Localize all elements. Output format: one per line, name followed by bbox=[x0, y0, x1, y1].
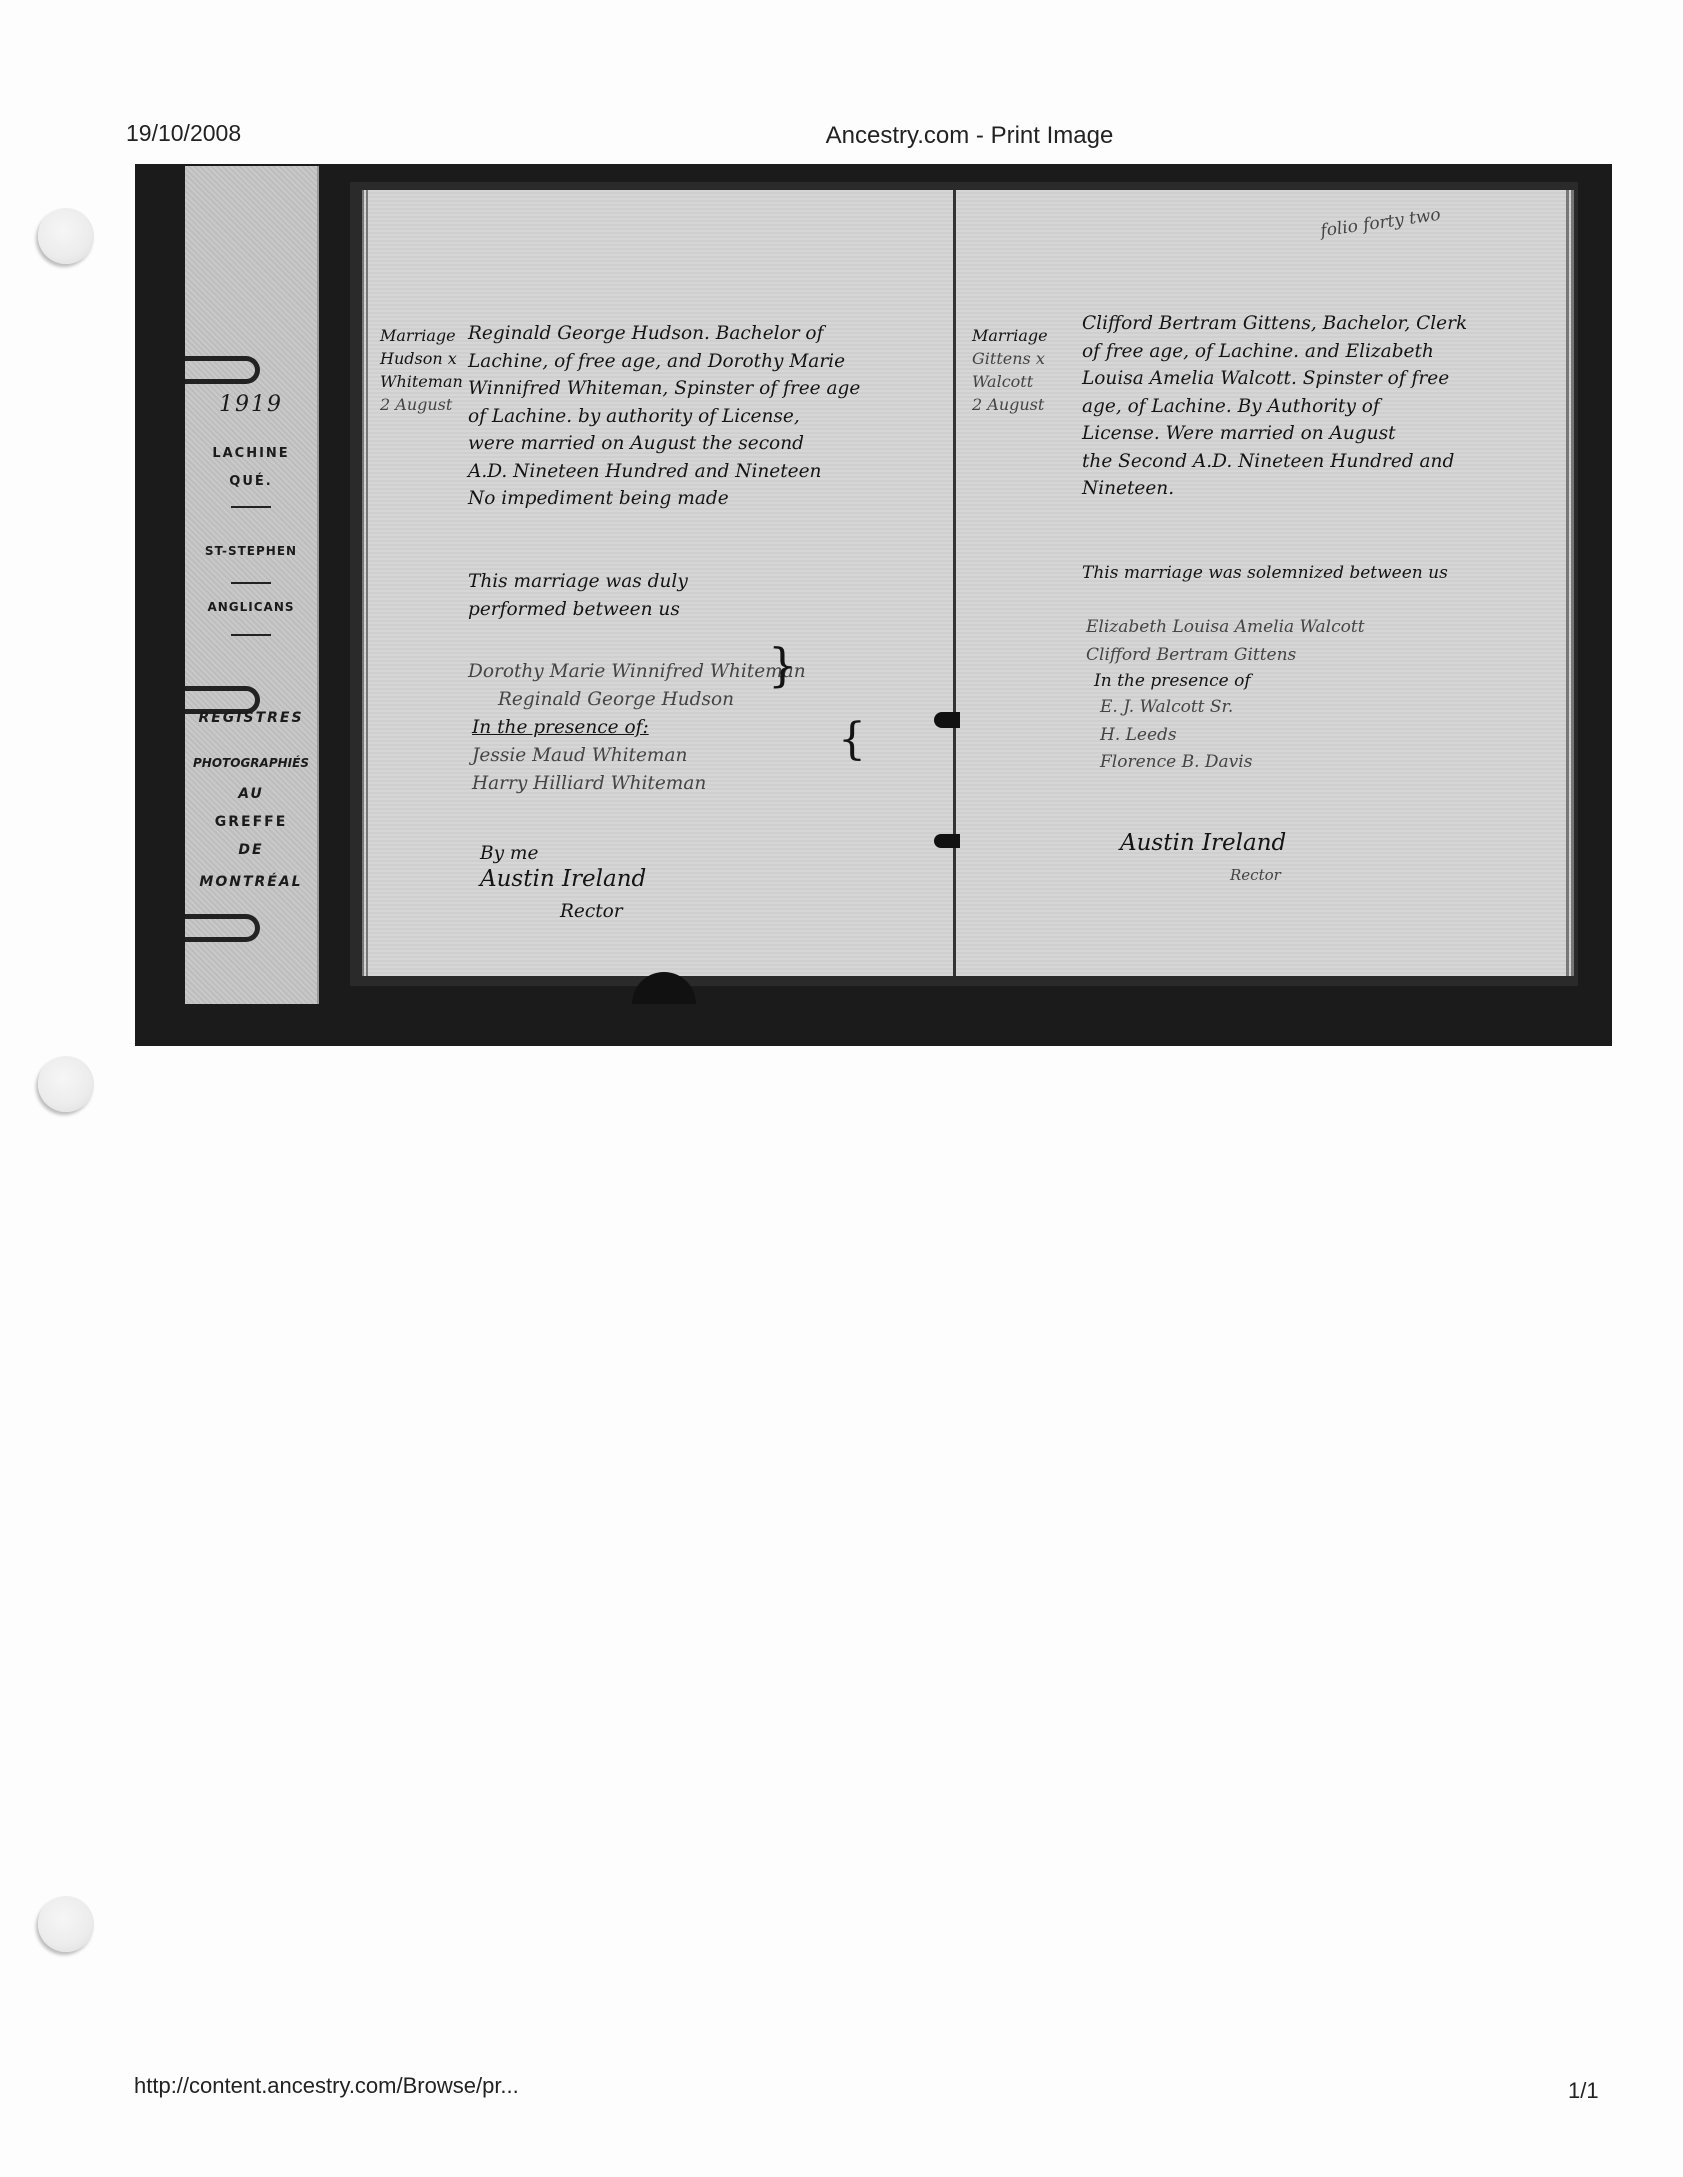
spine-photographed: PHOTOGRAPHIÉS bbox=[185, 756, 317, 770]
right-presence-label: In the presence of bbox=[1094, 668, 1251, 696]
spine-parish: ST-STEPHEN bbox=[185, 544, 317, 558]
right-witnesses: E. J. Walcott Sr. H. Leeds Florence B. D… bbox=[1100, 694, 1252, 777]
folio-note: folio forty two bbox=[1319, 204, 1442, 244]
register-book: Marriage Hudson x Whiteman 2 August Regi… bbox=[350, 182, 1578, 986]
divider bbox=[231, 634, 271, 636]
left-entry-body: Reginald George Hudson. Bachelor of Lach… bbox=[468, 320, 860, 513]
punch-hole bbox=[38, 1896, 94, 1952]
spine-place: LACHINE bbox=[185, 446, 317, 461]
spine-province: QUÉ. bbox=[185, 474, 317, 489]
paperclip-icon bbox=[185, 356, 260, 384]
spine-registers: REGISTRES bbox=[185, 710, 317, 726]
right-officiant-signature: Austin Ireland bbox=[1120, 830, 1286, 856]
binding-stub bbox=[632, 972, 696, 1004]
source-url: http://content.ancestry.com/Browse/pr... bbox=[134, 2073, 519, 2099]
left-witnesses: Jessie Maud Whiteman Harry Hilliard Whit… bbox=[472, 742, 706, 797]
left-page: Marriage Hudson x Whiteman 2 August Regi… bbox=[362, 190, 960, 976]
left-officiant-title: Rector bbox=[560, 898, 623, 926]
print-title: Ancestry.com - Print Image bbox=[0, 122, 1683, 150]
left-solemnized-statement: This marriage was duly performed between… bbox=[468, 568, 688, 623]
book-gutter bbox=[953, 190, 956, 976]
punch-hole bbox=[38, 1056, 94, 1112]
spine-greffe: GREFFE bbox=[185, 814, 317, 830]
spine-city: MONTRÉAL bbox=[185, 874, 317, 890]
divider bbox=[231, 582, 271, 584]
left-by-me: By me bbox=[480, 840, 538, 868]
right-margin-note: Marriage Gittens x Walcott 2 August bbox=[972, 324, 1048, 416]
right-entry-body: Clifford Bertram Gittens, Bachelor, Cler… bbox=[1082, 310, 1467, 503]
spine-denomination: ANGLICANS bbox=[185, 600, 317, 614]
left-officiant-signature: Austin Ireland bbox=[480, 866, 646, 892]
right-officiant-title: Rector bbox=[1230, 862, 1281, 890]
spine-year: 1919 bbox=[185, 392, 317, 417]
right-page: folio forty two Marriage Gittens x Walco… bbox=[960, 190, 1574, 976]
spine-au: AU bbox=[185, 786, 317, 802]
spine-label: 1919 LACHINE QUÉ. ST-STEPHEN ANGLICANS R… bbox=[185, 166, 319, 1004]
page-indicator: 1/1 bbox=[1568, 2078, 1599, 2104]
left-presence-label: In the presence of: bbox=[472, 714, 649, 742]
spine-de: DE bbox=[185, 842, 317, 858]
right-parties-signatures: Elizabeth Louisa Amelia Walcott Clifford… bbox=[1086, 614, 1365, 669]
print-title-text: Ancestry.com - Print Image bbox=[826, 122, 1114, 149]
paperclip-icon bbox=[185, 914, 260, 942]
right-solemnized-statement: This marriage was solemnized between us bbox=[1082, 560, 1448, 588]
divider bbox=[231, 506, 271, 508]
register-photograph: 1919 LACHINE QUÉ. ST-STEPHEN ANGLICANS R… bbox=[135, 164, 1612, 1046]
left-parties-signatures: Dorothy Marie Winnifred Whiteman Reginal… bbox=[468, 658, 806, 713]
left-margin-note: Marriage Hudson x Whiteman 2 August bbox=[380, 324, 463, 416]
brace: } bbox=[768, 652, 797, 680]
punch-hole bbox=[38, 208, 94, 264]
brace: { bbox=[838, 726, 866, 754]
